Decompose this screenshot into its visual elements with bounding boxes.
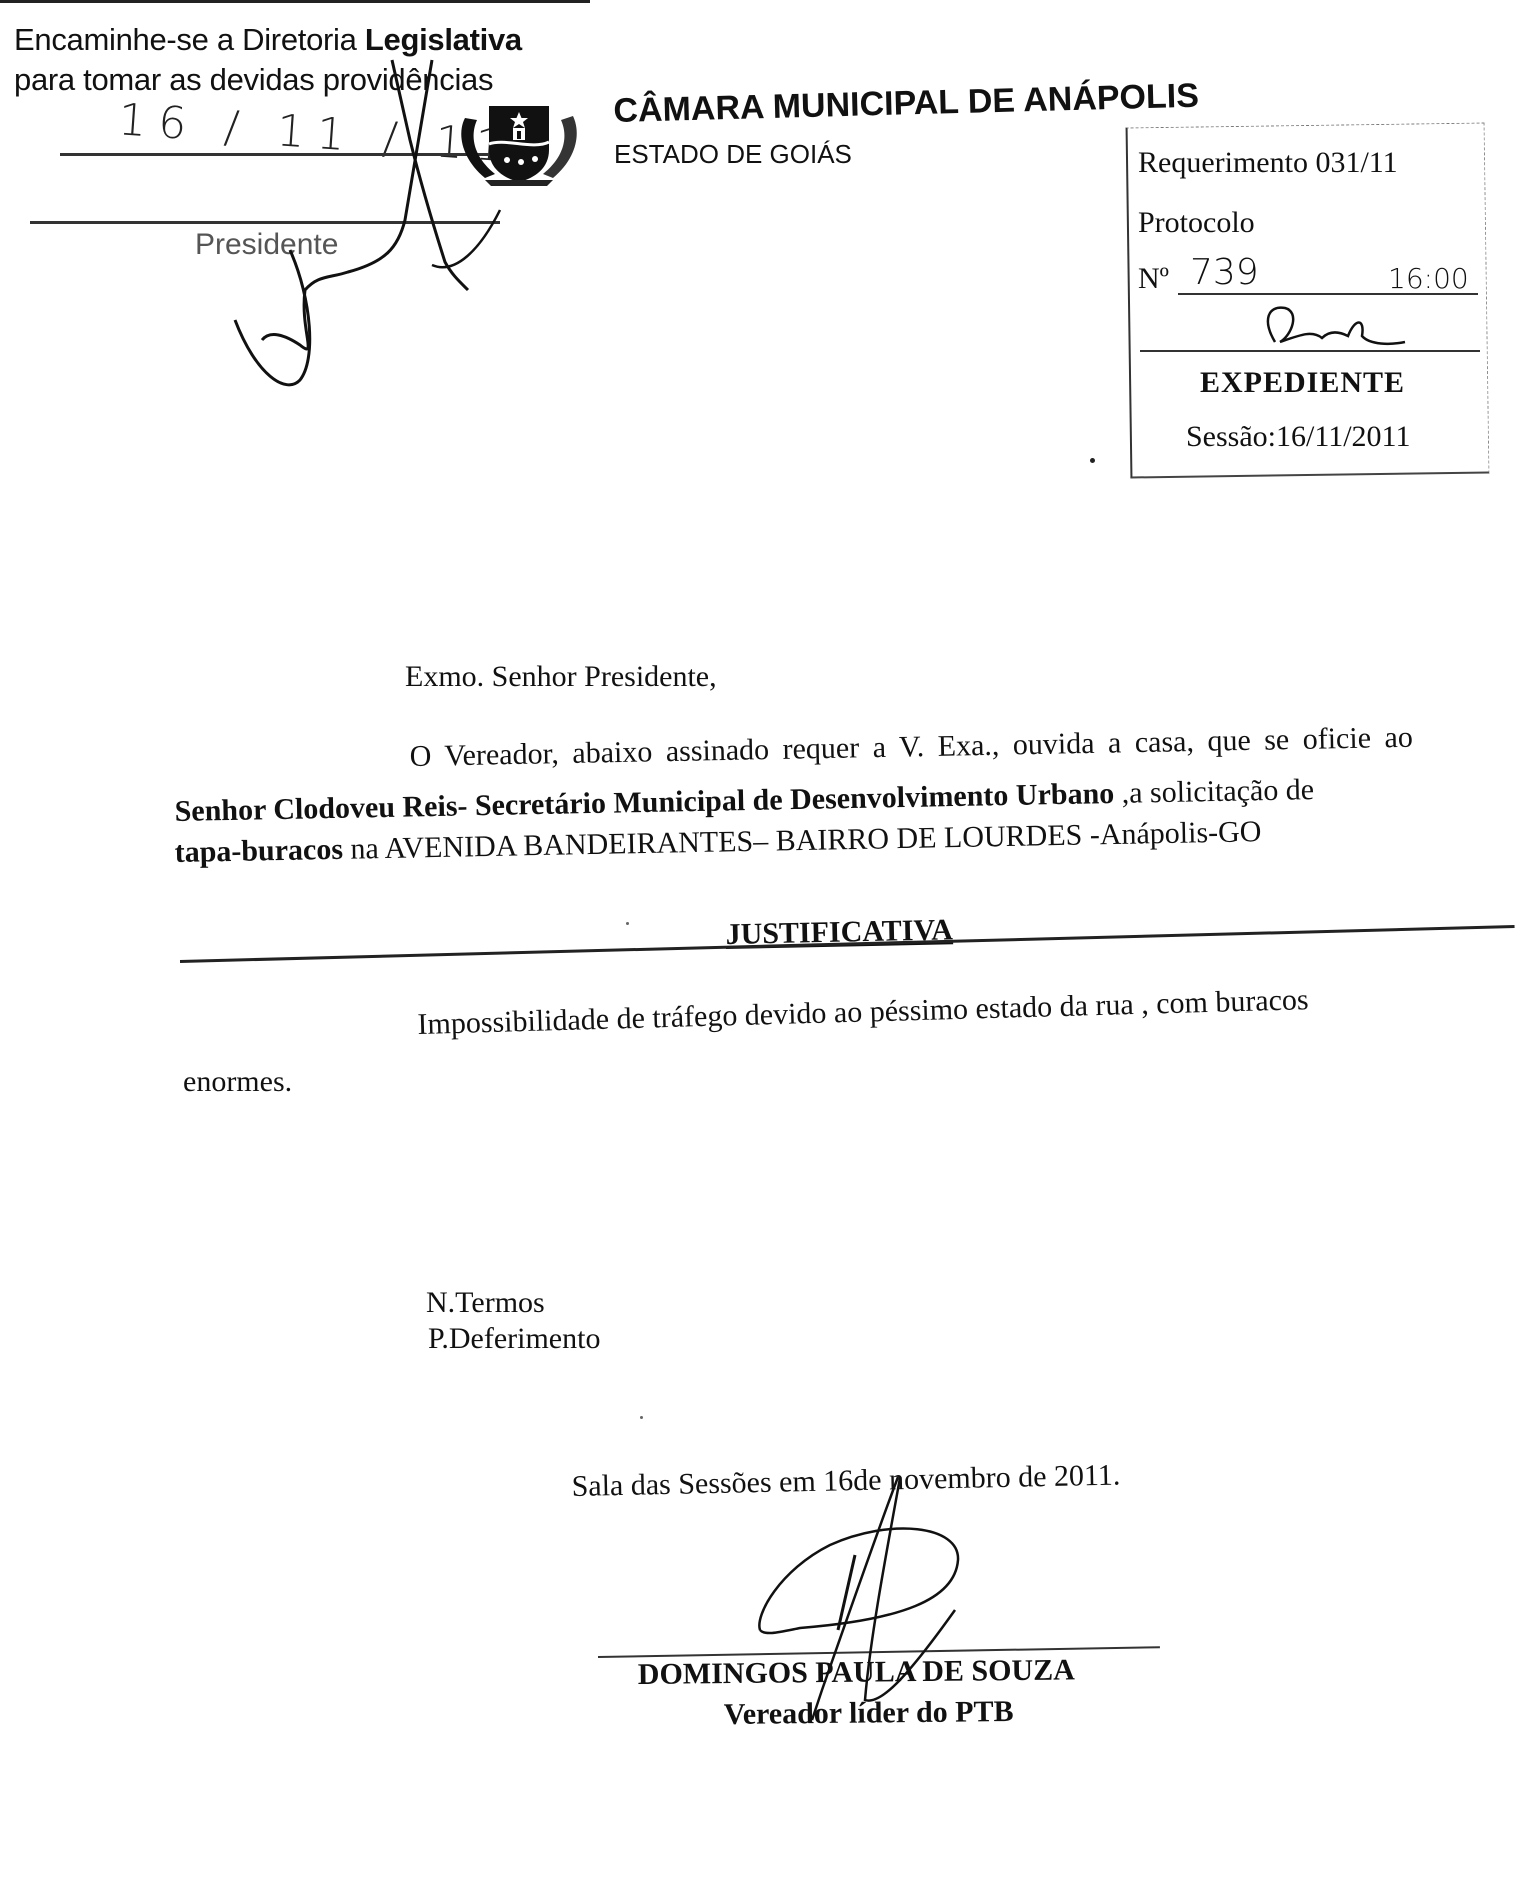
stamp-numero-label: Nº	[1138, 262, 1169, 296]
dispatch-note-line1-text: Encaminhe-se a Diretoria	[14, 22, 365, 57]
stamp-session-date: Sessão:16/11/2011	[1186, 420, 1410, 454]
stamp-protocolo-label: Protocolo	[1138, 206, 1255, 240]
organization-state: ESTADO DE GOIÁS	[614, 139, 852, 170]
stamp-section: EXPEDIENTE	[1200, 366, 1405, 400]
body-line-1: O Vereador, abaixo assinado requer a V. …	[409, 721, 1413, 774]
request-subject: tapa-buracos	[174, 833, 343, 869]
dispatch-date-rule	[60, 153, 500, 156]
president-signature-icon	[262, 60, 432, 349]
place-and-date: Sala das Sessões em 16de novembro de 201…	[571, 1459, 1120, 1504]
page-top-rule	[0, 0, 590, 3]
stamp-numero-rule	[1178, 293, 1478, 295]
stamp-signature-rule	[1140, 350, 1480, 352]
organization-name: CÂMARA MUNICIPAL DE ANÁPOLIS	[613, 77, 1199, 131]
scan-speck	[640, 1416, 643, 1419]
signer-name: DOMINGOS PAULA DE SOUZA	[638, 1653, 1075, 1692]
stamp-numero-value: 739	[1190, 252, 1259, 293]
dispatch-signature-role: Presidente	[195, 228, 338, 262]
closing-line-1: N.Termos	[426, 1286, 545, 1320]
dispatch-note-line1: Encaminhe-se a Diretoria Legislativa	[14, 22, 522, 58]
stamp-hour-value: 16:00	[1388, 262, 1469, 295]
stamp-requerimento: Requerimento 031/11	[1138, 146, 1398, 180]
justification-line-1: Impossibilidade de tráfego devido ao pés…	[417, 983, 1309, 1042]
dispatch-signature-rule	[30, 221, 500, 224]
dispatch-note-line1-bold: Legislativa	[365, 22, 522, 57]
justification-line-2: enormes.	[183, 1065, 292, 1099]
scan-speck	[626, 922, 629, 925]
dispatch-note-line2: para tomar as devidas providências	[14, 62, 493, 98]
closing-line-2: P.Deferimento	[428, 1322, 600, 1356]
scan-speck	[1090, 458, 1095, 463]
coat-of-arms-icon	[455, 88, 583, 188]
body-line-2-rest: ,a solicitação de	[1114, 773, 1315, 810]
signer-role: Vereador líder do PTB	[724, 1695, 1014, 1732]
salutation: Exmo. Senhor Presidente,	[405, 660, 717, 694]
